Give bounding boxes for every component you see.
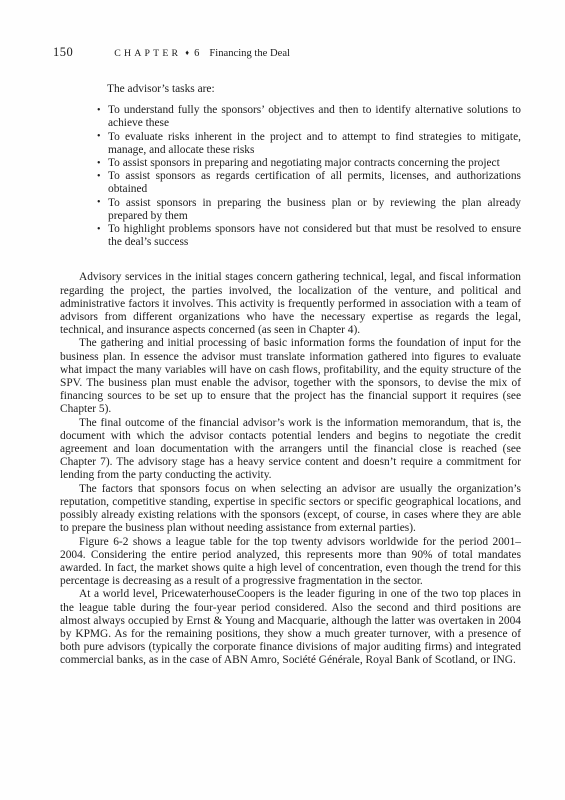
list-item: • To highlight problems sponsors have no… (108, 223, 521, 249)
chapter-number: 6 (194, 48, 199, 59)
bullet-icon: • (97, 157, 101, 170)
list-item-text: To assist sponsors as regards certificat… (108, 170, 521, 195)
bullet-icon: • (97, 170, 101, 183)
list-item-text: To understand fully the sponsors’ object… (108, 104, 521, 129)
list-item-text: To assist sponsors in preparing and nego… (108, 157, 500, 169)
list-item: • To evaluate risks inherent in the proj… (108, 131, 521, 157)
page-content: The advisor’s tasks are: • To understand… (60, 83, 521, 668)
list-item: • To assist sponsors in preparing the bu… (108, 197, 521, 223)
page-header: 150 CHAPTER ♦ 6 Financing the Deal (53, 45, 520, 60)
diamond-icon: ♦ (185, 48, 189, 57)
bullet-icon: • (97, 104, 101, 117)
paragraph: At a world level, PricewaterhouseCoopers… (60, 588, 521, 667)
chapter-heading: CHAPTER ♦ 6 Financing the Deal (114, 48, 290, 59)
paragraph: The factors that sponsors focus on when … (60, 483, 521, 536)
bullet-icon: • (97, 223, 101, 236)
list-item: • To assist sponsors as regards certific… (108, 170, 521, 196)
advisor-tasks-list: • To understand fully the sponsors’ obje… (60, 104, 521, 249)
intro-line: The advisor’s tasks are: (107, 83, 521, 96)
page-number: 150 (53, 45, 73, 60)
chapter-title: Financing the Deal (209, 48, 290, 59)
list-item-text: To evaluate risks inherent in the projec… (108, 131, 521, 156)
list-item-text: To assist sponsors in preparing the busi… (108, 197, 521, 222)
book-page: 150 CHAPTER ♦ 6 Financing the Deal The a… (0, 0, 565, 800)
paragraph-block: Advisory services in the initial stages … (60, 271, 521, 667)
paragraph: Advisory services in the initial stages … (60, 271, 521, 337)
list-item: • To understand fully the sponsors’ obje… (108, 104, 521, 130)
list-item: • To assist sponsors in preparing and ne… (108, 157, 521, 170)
chapter-label: CHAPTER (114, 48, 181, 59)
list-item-text: To highlight problems sponsors have not … (108, 223, 521, 248)
bullet-icon: • (97, 130, 101, 143)
paragraph: The final outcome of the financial advis… (60, 417, 521, 483)
bullet-icon: • (97, 196, 101, 209)
paragraph: The gathering and initial processing of … (60, 337, 521, 416)
paragraph: Figure 6-2 shows a league table for the … (60, 536, 521, 589)
